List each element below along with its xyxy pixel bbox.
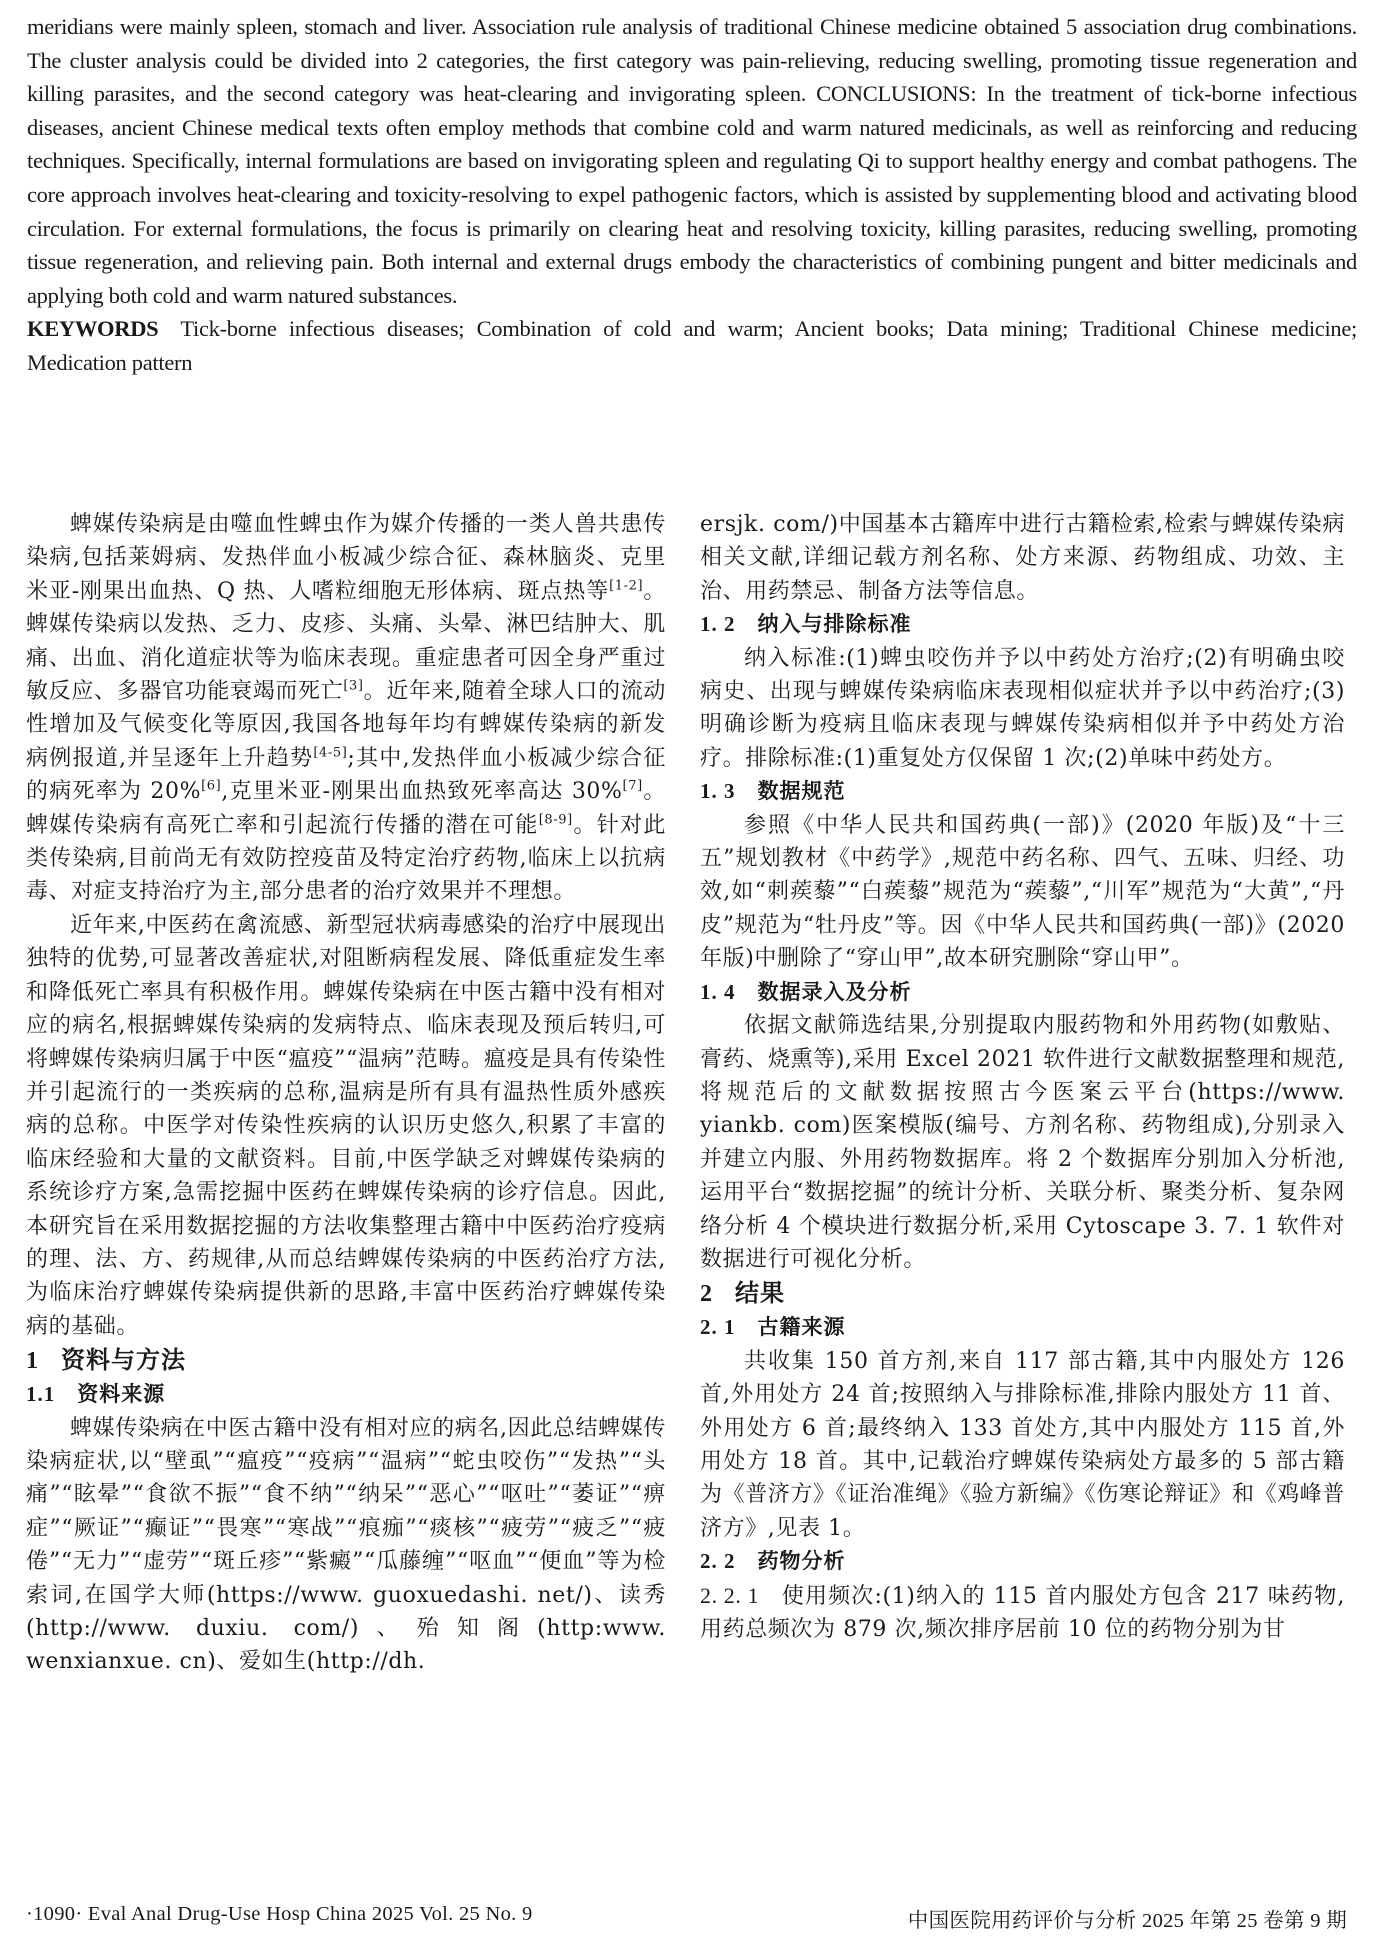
- section-2-1-text: 共收集 150 首方剂,来自 117 部古籍,其中内服处方 126 首,外用处方…: [700, 1345, 1345, 1545]
- section-1-1-continued: ersjk. com/)中国基本古籍库中进行古籍检索,检索与蜱媒传染病相关文献,…: [700, 508, 1345, 608]
- section-heading-2: 2结果: [700, 1276, 1345, 1311]
- section-heading-1-2: 1. 2纳入与排除标准: [700, 608, 1345, 641]
- intro-paragraph-1: 蜱媒传染病是由噬血性蜱虫作为媒介传播的一类人兽共患传染病,包括莱姆病、发热伴血小…: [26, 508, 666, 909]
- section-number: 2. 1: [700, 1311, 736, 1344]
- section-title: 纳入与排除标准: [758, 612, 912, 636]
- section-heading-1: 1资料与方法: [26, 1343, 666, 1378]
- section-heading-2-2: 2. 2药物分析: [700, 1545, 1345, 1578]
- citation: [6]: [201, 779, 221, 794]
- section-title: 药物分析: [758, 1549, 846, 1573]
- section-title: 数据录入及分析: [758, 980, 912, 1004]
- right-column: ersjk. com/)中国基本古籍库中进行古籍检索,检索与蜱媒传染病相关文献,…: [700, 508, 1345, 1646]
- citation: [4-5]: [313, 746, 347, 761]
- section-2-2-1-text: 2. 2. 1使用频次:(1)纳入的 115 首内服处方包含 217 味药物,用…: [700, 1579, 1345, 1647]
- section-number: 1.1: [26, 1378, 55, 1411]
- citation: [8-9]: [539, 812, 573, 827]
- section-1-3-text: 参照《中华人民共和国药典(一部)》(2020 年版)及“十三五”规划教材《中药学…: [700, 809, 1345, 976]
- section-heading-1-4: 1. 4数据录入及分析: [700, 976, 1345, 1009]
- footer-page-info-en: ·1090· Eval Anal Drug-Use Hosp China 202…: [26, 1903, 533, 1926]
- section-number: 1. 3: [700, 775, 736, 808]
- section-heading-1-1: 1.1资料来源: [26, 1378, 666, 1411]
- section-1-4-text: 依据文献筛选结果,分别提取内服药物和外用药物(如敷贴、膏药、烧熏等),采用 Ex…: [700, 1009, 1345, 1276]
- section-heading-2-1: 2. 1古籍来源: [700, 1311, 1345, 1344]
- keywords-label: KEYWORDS: [27, 316, 158, 341]
- footer-page-info-cn: 中国医院用药评价与分析 2025 年第 25 卷第 9 期: [908, 1903, 1347, 1933]
- text-run: ,克里米亚-刚果出血热致死率高达 30%: [221, 779, 622, 804]
- section-number: 1: [26, 1344, 39, 1378]
- section-title: 结果: [735, 1279, 785, 1307]
- section-title: 古籍来源: [758, 1315, 846, 1339]
- left-column: 蜱媒传染病是由噬血性蜱虫作为媒介传播的一类人兽共患传染病,包括莱姆病、发热伴血小…: [26, 508, 666, 1679]
- section-title: 数据规范: [758, 779, 846, 803]
- subsection-text: 使用频次:(1)纳入的 115 首内服处方包含 217 味药物,用药总频次为 8…: [700, 1584, 1345, 1642]
- citation: [1-2]: [609, 578, 643, 593]
- subsection-number: 2. 2. 1: [700, 1579, 759, 1612]
- section-1-1-text: 蜱媒传染病在中医古籍中没有相对应的病名,因此总结蜱媒传染病症状,以“壁虱”“瘟疫…: [26, 1412, 666, 1679]
- text-run: 蜱媒传染病是由噬血性蜱虫作为媒介传播的一类人兽共患传染病,包括莱姆病、发热伴血小…: [26, 512, 666, 604]
- section-title: 资料与方法: [61, 1346, 186, 1374]
- citation: [7]: [623, 779, 643, 794]
- intro-paragraph-2: 近年来,中医药在禽流感、新型冠状病毒感染的治疗中展现出独特的优势,可显著改善症状…: [26, 909, 666, 1343]
- english-abstract: meridians were mainly spleen, stomach an…: [27, 10, 1357, 380]
- citation: [3]: [343, 679, 363, 694]
- section-1-2-text: 纳入标准:(1)蜱虫咬伤并予以中药处方治疗;(2)有明确虫咬病史、出现与蜱媒传染…: [700, 642, 1345, 776]
- section-number: 1. 4: [700, 976, 736, 1009]
- keywords-text: Tick-borne infectious diseases; Combinat…: [27, 316, 1357, 375]
- section-number: 2: [700, 1277, 713, 1311]
- section-number: 2. 2: [700, 1545, 736, 1578]
- section-title: 资料来源: [77, 1382, 165, 1406]
- section-number: 1. 2: [700, 608, 736, 641]
- keywords-line: KEYWORDSTick-borne infectious diseases; …: [27, 312, 1357, 379]
- section-heading-1-3: 1. 3数据规范: [700, 775, 1345, 808]
- abstract-paragraph: meridians were mainly spleen, stomach an…: [27, 10, 1357, 312]
